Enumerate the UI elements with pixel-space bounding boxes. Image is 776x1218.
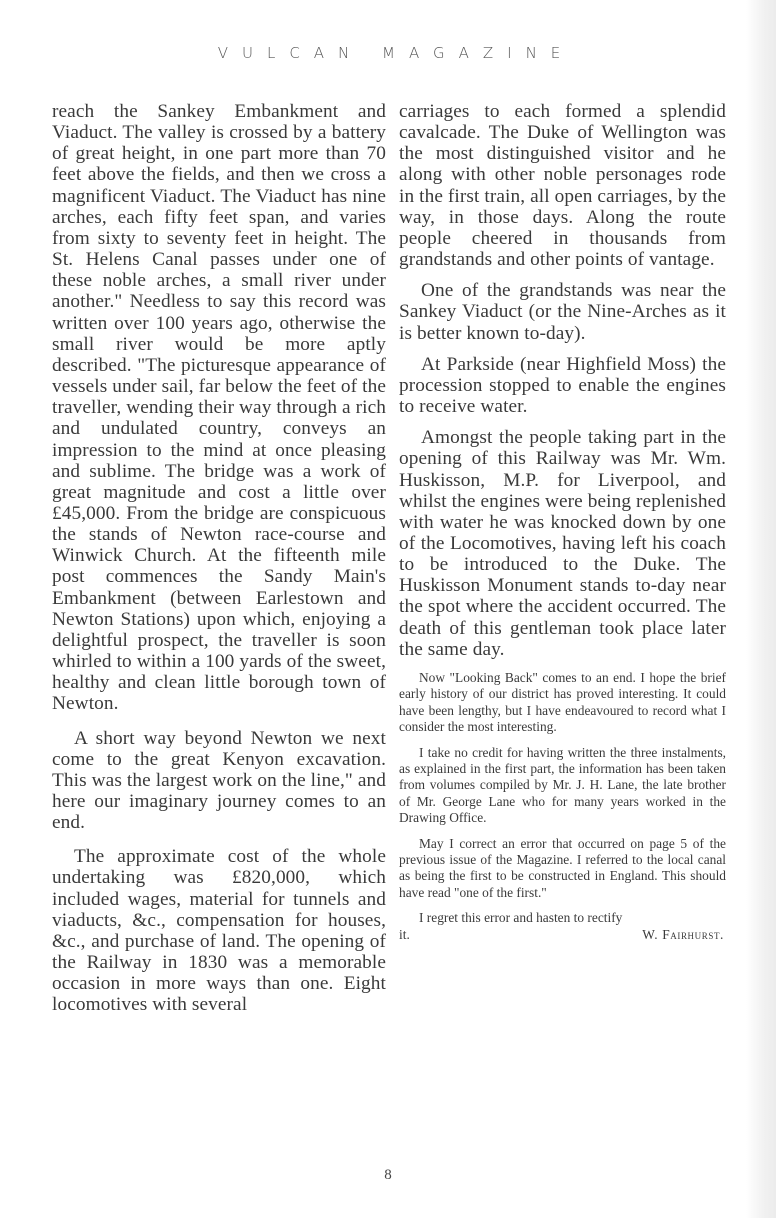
closing-notes: Now "Looking Back" comes to an end. I ho… [399,670,726,943]
paragraph-grandstands: One of the grandstands was near the Sank… [399,280,726,343]
note-regret: I regret this error and hasten to rectif… [399,910,726,926]
note-correction: May I correct an error that occurred on … [399,836,726,902]
paragraph-approximate-cost: The approximate cost of the whole undert… [52,846,386,1015]
paragraph-kenyon-excavation: A short way beyond Newton we next come t… [52,728,386,834]
paragraph-huskisson: Amongst the people taking part in the op… [399,427,726,660]
page-edge-shadow [746,0,776,1218]
note-looking-back-end: Now "Looking Back" comes to an end. I ho… [399,670,726,736]
paragraph-parkside: At Parkside (near Highfield Moss) the pr… [399,354,726,417]
signoff-line: it. W. Fairhurst. [399,927,726,943]
right-column: carriages to each formed a splendid cava… [399,101,726,943]
paragraph-cavalcade: carriages to each formed a splendid cava… [399,101,726,270]
right-column-body: carriages to each formed a splendid cava… [399,101,726,660]
page-number: 8 [0,1167,776,1184]
left-column: reach the Sankey Embankment and Viaduct.… [52,101,386,1029]
magazine-header: VULCAN MAGAZINE [0,44,776,62]
paragraph-sankey-viaduct: reach the Sankey Embankment and Viaduct.… [52,101,386,715]
note-credits: I take no credit for having written the … [399,745,726,827]
author-signature: W. Fairhurst. [642,927,724,943]
final-word: it. [399,927,410,943]
